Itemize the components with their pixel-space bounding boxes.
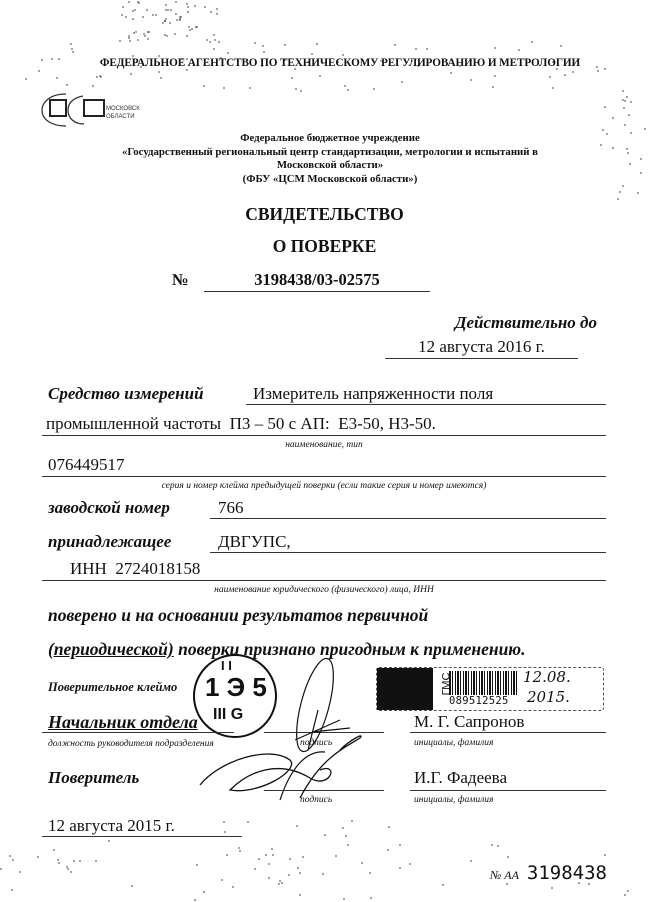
svg-text:МОСКОВСК: МОСКОВСК — [106, 106, 140, 112]
form-serial: № АА3198438 — [490, 862, 607, 884]
underline — [42, 435, 606, 436]
result-line1: поверено и на основании результатов перв… — [48, 605, 428, 626]
periodic-underlined: (периодической) — [48, 639, 174, 659]
underline — [210, 552, 606, 553]
handwritten-date-line1: 12.08. — [523, 668, 571, 686]
organization-block: Федеральное бюджетное учреждение «Госуда… — [70, 132, 590, 186]
signature-icon — [190, 650, 390, 810]
barcode-icon — [449, 671, 519, 695]
certificate-number: 3198438/03-02575 — [204, 270, 430, 292]
underline — [42, 476, 606, 477]
instrument-name-line2: промышленной частоты П3 – 50 с АП: Е3-50… — [46, 414, 436, 434]
underline — [246, 404, 606, 405]
head-name: М. Г. Сапронов — [414, 712, 524, 732]
verifier-label: Поверитель — [48, 768, 139, 788]
org-type: Федеральное бюджетное учреждение — [70, 132, 590, 146]
certificate-subtitle: О ПОВЕРКЕ — [0, 236, 649, 257]
previous-mark-value: 076449517 — [48, 455, 125, 475]
owner-caption: наименование юридического (физического) … — [42, 585, 606, 595]
owner-inn: ИНН 2724018158 — [70, 559, 200, 579]
name-caption: инициалы, фамилия — [414, 738, 493, 748]
underline — [410, 732, 606, 733]
serial-number-value: 766 — [218, 498, 244, 518]
form-serial-prefix: № АА — [490, 868, 519, 882]
handwritten-date-line2: 2015. — [527, 688, 570, 706]
agency-name: ФЕДЕРАЛЬНОЕ АГЕНТСТВО ПО ТЕХНИЧЕСКОМУ РЕ… — [40, 57, 640, 69]
underline — [42, 580, 606, 581]
certificate-title: СВИДЕТЕЛЬСТВО — [0, 204, 649, 225]
previous-mark-caption: серия и номер клейма предыдущей поверки … — [42, 481, 606, 491]
head-position-label: Начальник отдела — [48, 712, 198, 733]
underline — [410, 790, 606, 791]
org-name-line1: «Государственный региональный центр стан… — [70, 146, 590, 160]
csm-logo: МОСКОВСК ОБЛАСТИ — [38, 90, 148, 130]
stamp-label: Поверительное клеймо — [48, 680, 177, 695]
owner-label: принадлежащее — [48, 532, 171, 552]
form-serial-number: 3198438 — [527, 862, 607, 884]
csm-logo-icon: МОСКОВСК ОБЛАСТИ — [38, 90, 148, 130]
issue-date: 12 августа 2015 г. — [48, 816, 175, 836]
number-sign: № — [172, 270, 189, 290]
underline — [42, 836, 242, 837]
barcode-number: 089512525 — [449, 695, 509, 707]
instrument-name-line1: Измеритель напряженности поля — [253, 384, 493, 404]
valid-until-label: Действительно до — [455, 313, 597, 333]
valid-until-date: 12 августа 2016 г. — [385, 337, 578, 359]
barcode-sticker: ГМС 089512525 12.08. 2015. — [376, 667, 604, 711]
org-name-line2: Московской области» — [70, 159, 590, 173]
org-short-name: (ФБУ «ЦСМ Московской области») — [70, 173, 590, 187]
serial-number-label: заводской номер — [48, 498, 170, 518]
name-caption: инициалы, фамилия — [414, 795, 493, 805]
verifier-name: И.Г. Фадеева — [414, 768, 507, 788]
underline — [210, 518, 606, 519]
instrument-name-caption: наименование, тип — [42, 440, 606, 450]
instrument-label: Средство измерений — [48, 384, 204, 404]
svg-text:ОБЛАСТИ: ОБЛАСТИ — [106, 114, 135, 120]
owner-value: ДВГУПС, — [218, 532, 291, 552]
